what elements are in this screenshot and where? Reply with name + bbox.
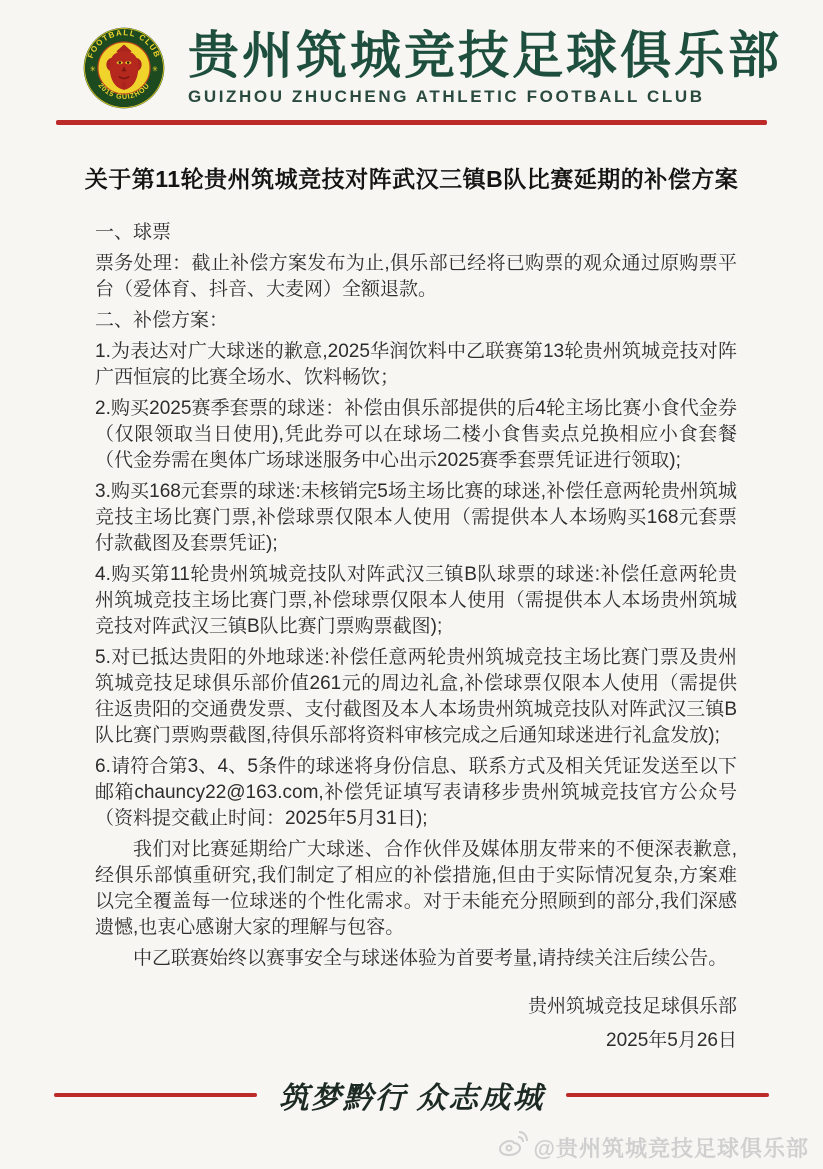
club-titles: 贵州筑城竞技足球俱乐部 GUIZHOU ZHUCHENG ATHLETIC FO…: [188, 29, 782, 107]
paragraph-item-2: 2.购买2025赛季套票的球迷：补偿由俱乐部提供的后4轮主场比赛小食代金券（仅限…: [95, 396, 737, 474]
paragraph-section-compensation: 二、补偿方案：: [95, 308, 737, 334]
club-header: FOOTBALL CLUB 2015 GUIZHOU ✳ ✳: [0, 0, 823, 110]
weibo-watermark: @贵州筑城竞技足球俱乐部: [498, 1131, 809, 1163]
document-body: 一、球票 票务处理：截止补偿方案发布为止,俱乐部已经将已购票的观众通过原购票平台…: [95, 220, 737, 972]
svg-text:✳: ✳: [90, 64, 96, 73]
paragraph-closing: 中乙联赛始终以赛事安全与球迷体验为首要考量,请持续关注后续公告。: [95, 946, 737, 972]
svg-text:✳: ✳: [152, 64, 158, 73]
signature-org: 贵州筑城竞技足球俱乐部: [0, 990, 737, 1024]
footer-right-red-line: [566, 1093, 769, 1097]
club-name-en: GUIZHOU ZHUCHENG ATHLETIC FOOTBALL CLUB: [188, 87, 782, 107]
header-red-divider: [56, 120, 767, 125]
paragraph-section-ticket: 一、球票: [95, 220, 737, 246]
club-name-zh: 贵州筑城竞技足球俱乐部: [188, 29, 782, 83]
footer-slogan: 筑梦黔行 众志成城: [257, 1073, 567, 1117]
document-title: 关于第11轮贵州筑城竞技对阵武汉三镇B队比赛延期的补偿方案: [44, 161, 779, 194]
paragraph-item-3: 3.购买168元套票的球迷:未核销完5场主场比赛的球迷,补偿任意两轮贵州筑城竞技…: [95, 479, 737, 557]
paragraph-item-1: 1.为表达对广大球迷的歉意,2025华润饮料中乙联赛第13轮贵州筑城竞技对阵广西…: [95, 339, 737, 391]
paragraph-item-4: 4.购买第11轮贵州筑城竞技队对阵武汉三镇B队球票的球迷:补偿任意两轮贵州筑城竞…: [95, 562, 737, 640]
footer: 筑梦黔行 众志成城: [0, 1073, 823, 1117]
footer-left-red-line: [54, 1093, 257, 1097]
signature-date: 2025年5月26日: [0, 1024, 737, 1058]
signature-block: 贵州筑城竞技足球俱乐部 2025年5月26日: [0, 990, 737, 1058]
paragraph-item-5: 5.对已抵达贵阳的外地球迷:补偿任意两轮贵州筑城竞技主场比赛门票及贵州筑城竞技足…: [95, 645, 737, 749]
announcement-page: FOOTBALL CLUB 2015 GUIZHOU ✳ ✳: [0, 0, 823, 1169]
paragraph-apology: 我们对比赛延期给广大球迷、合作伙伴及媒体朋友带来的不便深表歉意,经俱乐部慎重研究…: [95, 837, 737, 941]
club-crest-monkey-icon: FOOTBALL CLUB 2015 GUIZHOU ✳ ✳: [82, 26, 166, 110]
paragraph-item-6: 6.请符合第3、4、5条件的球迷将身份信息、联系方式及相关凭证发送至以下邮箱ch…: [95, 754, 737, 832]
paragraph-refund: 票务处理：截止补偿方案发布为止,俱乐部已经将已购票的观众通过原购票平台（爱体育、…: [95, 251, 737, 303]
watermark-text: @贵州筑城竞技足球俱乐部: [534, 1132, 809, 1163]
weibo-icon: [498, 1131, 528, 1163]
